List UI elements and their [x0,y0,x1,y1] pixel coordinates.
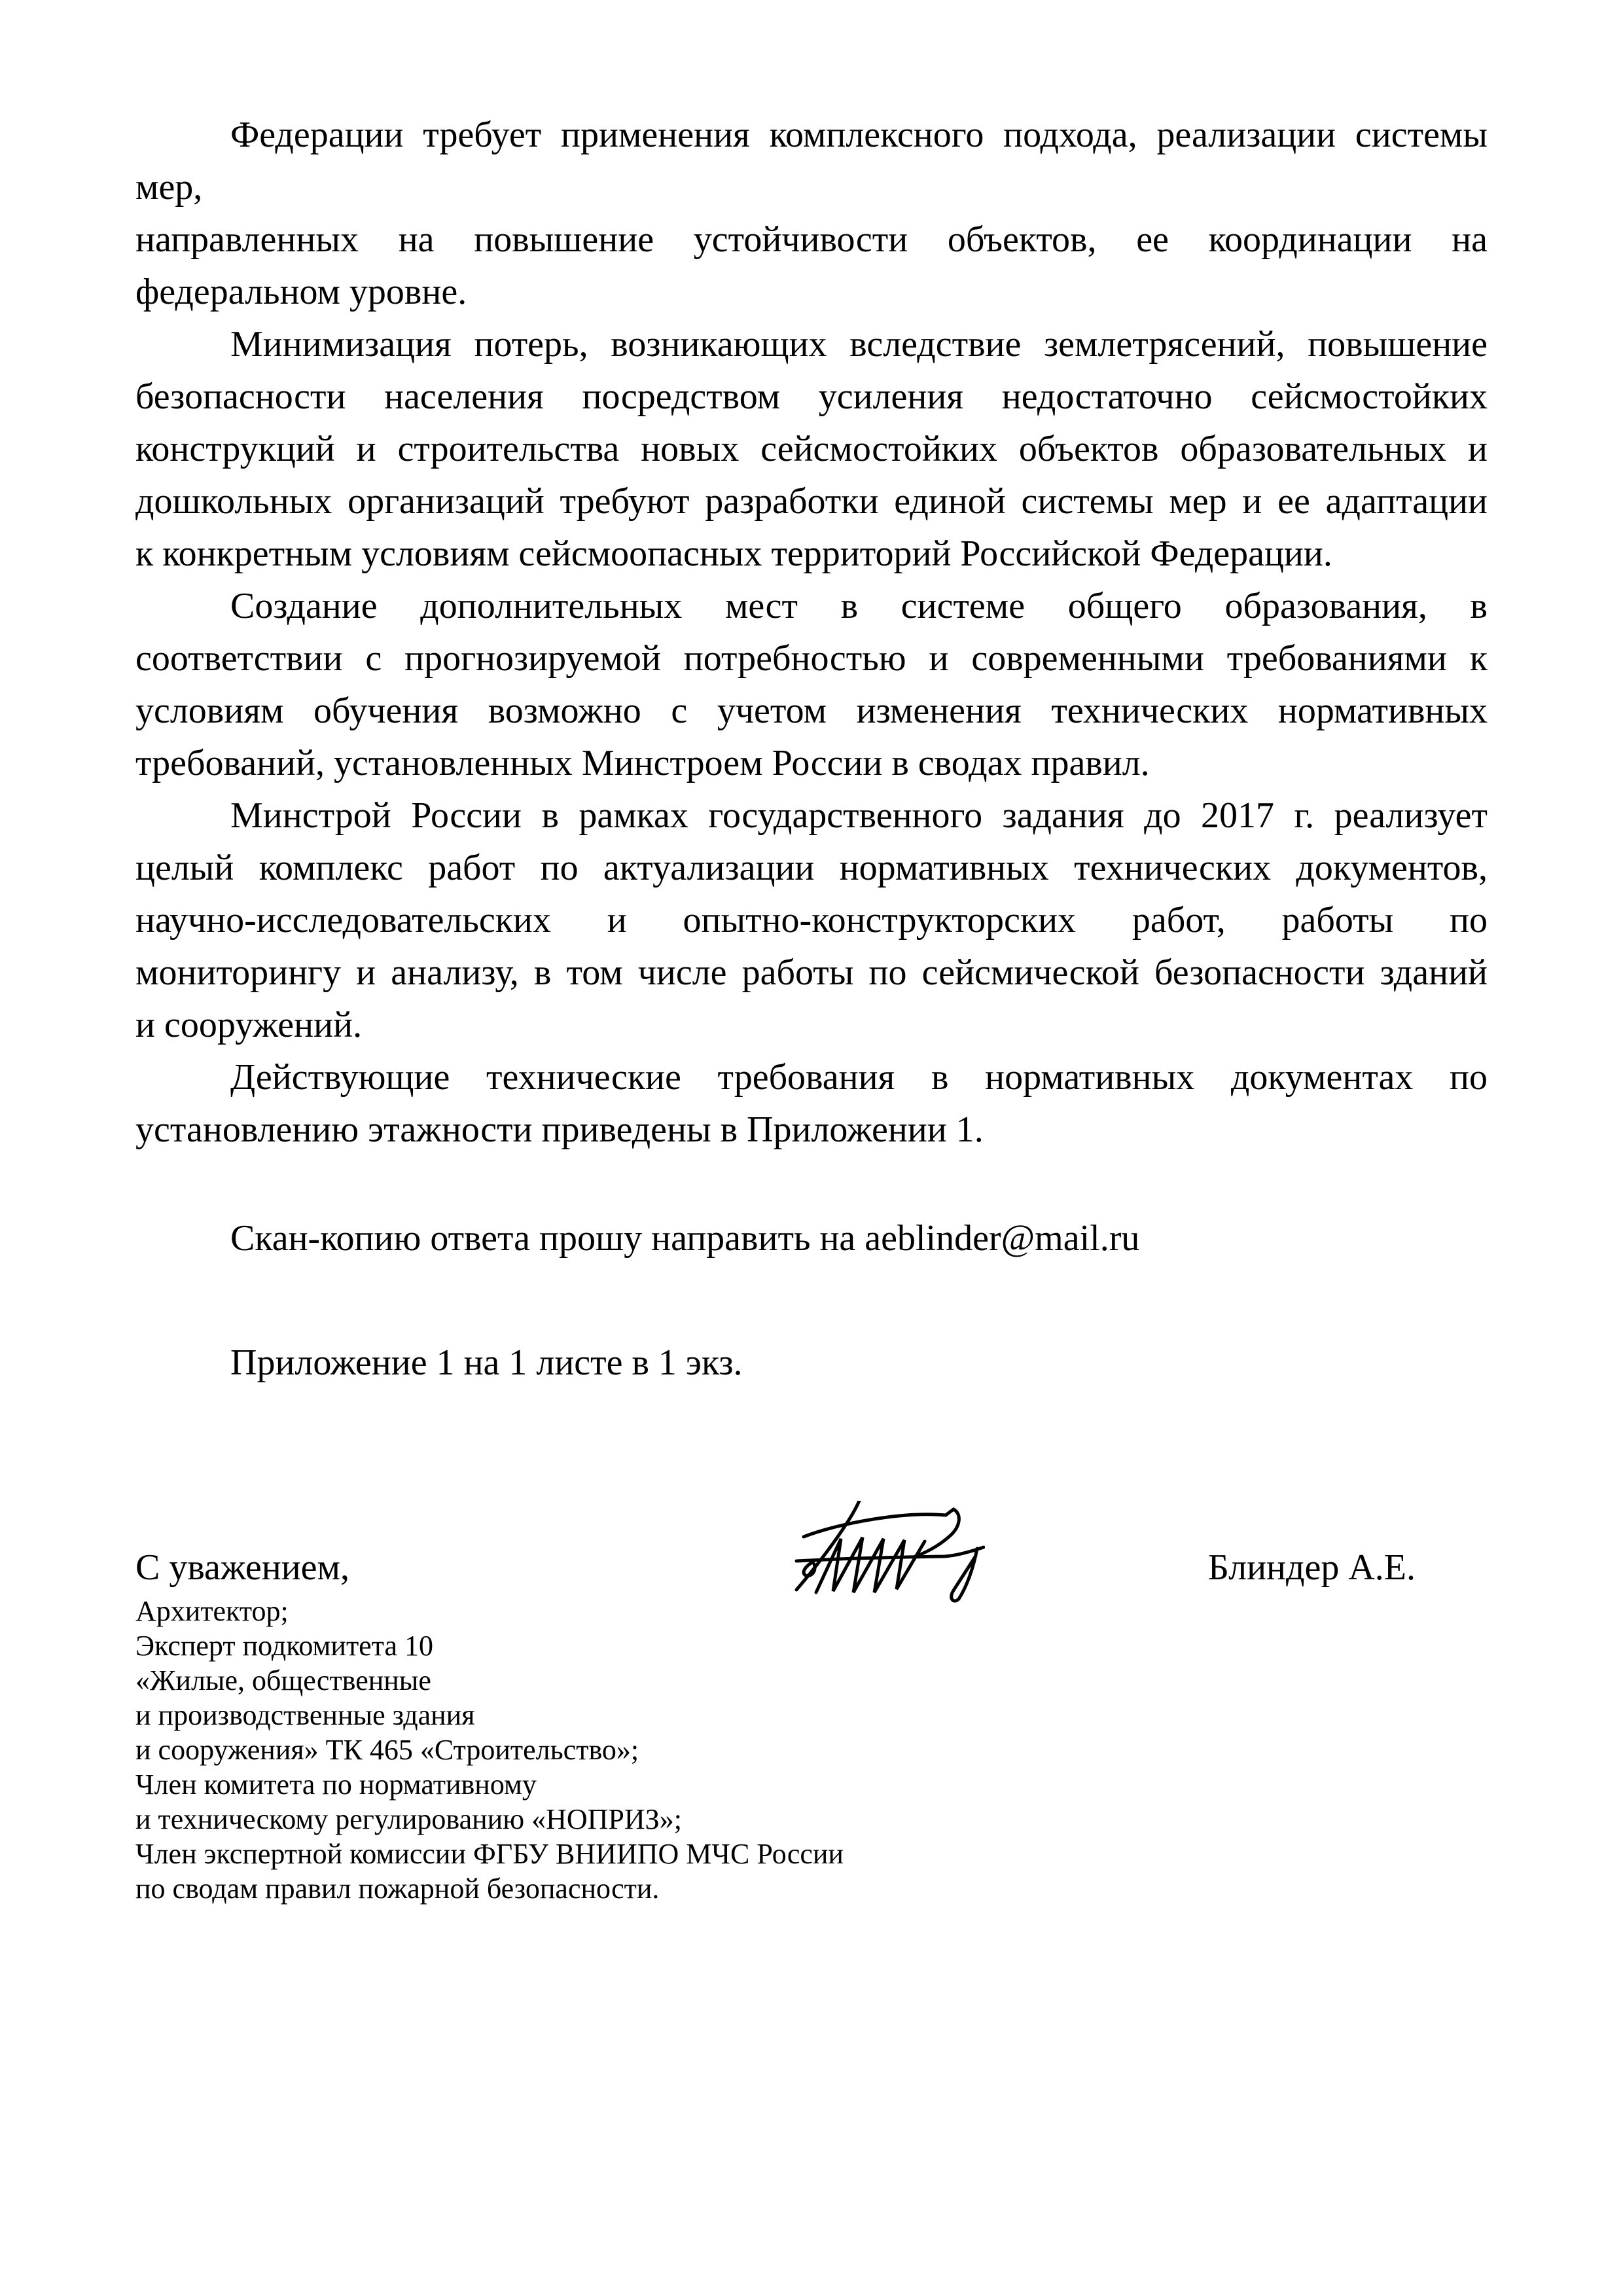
email-request-line: Скан-копию ответа прошу направить на aeb… [135,1212,1488,1265]
closing-salutation: С уважением, [135,1541,349,1594]
body-line: условиям обучения возможно с учетом изме… [135,685,1488,737]
body-line: Минстрой России в рамках государственног… [135,789,1488,842]
signer-title-line: и техническому регулированию «НОПРИЗ»; [135,1802,1488,1837]
signer-title-line: Эксперт подкомитета 10 [135,1628,1488,1663]
body-line: научно-исследовательских и опытно-констр… [135,894,1488,946]
body-line: к конкретным условиям сейсмоопасных терр… [135,528,1488,580]
body-line: Федерации требует применения комплексног… [135,109,1488,213]
body-line: дошкольных организаций требуют разработк… [135,475,1488,528]
signer-title-line: по сводам правил пожарной безопасности. [135,1871,1488,1906]
body-line: целый комплекс работ по актуализации нор… [135,842,1488,894]
signer-titles: Архитектор;Эксперт подкомитета 10«Жилые,… [135,1594,1488,1906]
letter-content: Федерации требует применения комплексног… [135,109,1488,1906]
body-line: и сооружений. [135,999,1488,1051]
signer-title-line: и производственные здания [135,1698,1488,1732]
signer-title-line: Член экспертной комиссии ФГБУ ВНИИПО МЧС… [135,1837,1488,1871]
handwritten-signature-icon [785,1501,985,1605]
document-page: Федерации требует применения комплексног… [0,0,1623,2296]
body-line: мониторингу и анализу, в том числе работ… [135,946,1488,999]
body-line: соответствии с прогнозируемой потребност… [135,632,1488,685]
body-line: требований, установленных Минстроем Росс… [135,737,1488,789]
body-line: федеральном уровне. [135,266,1488,318]
signer-title-line: Член комитета по нормативному [135,1767,1488,1802]
signer-name: Блиндер А.Е. [1208,1541,1416,1594]
body-line: Действующие технические требования в нор… [135,1051,1488,1103]
body-line: безопасности населения посредством усиле… [135,370,1488,423]
letter-body: Федерации требует применения комплексног… [135,109,1488,1156]
body-line: направленных на повышение устойчивости о… [135,213,1488,266]
body-line: Создание дополнительных мест в системе о… [135,580,1488,632]
body-line: Минимизация потерь, возникающих вследств… [135,318,1488,370]
attachment-line: Приложение 1 на 1 листе в 1 экз. [135,1336,1488,1389]
body-line: конструкций и строительства новых сейсмо… [135,423,1488,475]
signer-title-line: и сооружения» ТК 465 «Строительство»; [135,1732,1488,1767]
body-line: установлению этажности приведены в Прило… [135,1103,1488,1156]
signature-row: С уважением, Блиндер А.Е. [135,1541,1488,1594]
signer-title-line: «Жилые, общественные [135,1663,1488,1698]
